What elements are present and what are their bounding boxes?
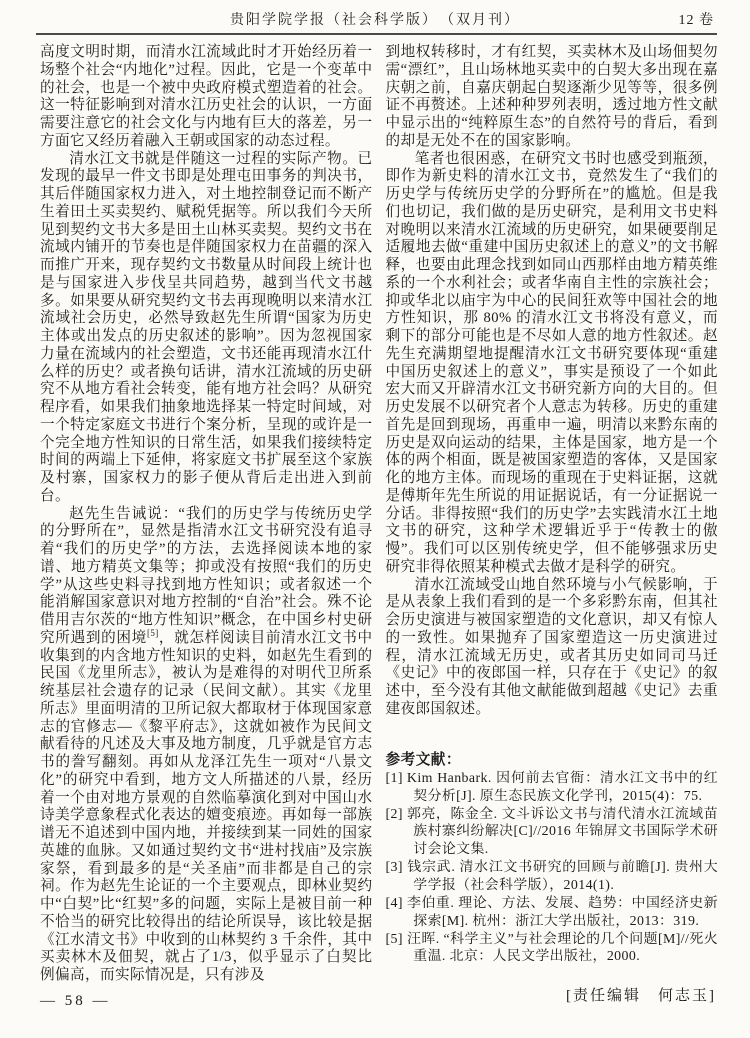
reference-item: [5]汪晖. “科学主义”与社会理论的几个问题[M]//死火重温. 北京：人民文…: [386, 931, 719, 966]
reference-item: [2]郭亮，陈金全. 文斗诉讼文书与清代清水江流域苗族村寨纠纷解决[C]//20…: [386, 806, 719, 858]
paragraph: 清水江流域受山地自然环境与小气候影响，于是从表象上我们看到的是一个多彩黔东南，但…: [386, 577, 719, 719]
paragraph-text: 赵先生告诫说：“我们的历史学与传统历史学的分野所在”，显然是指清水江文书研究没有…: [40, 506, 373, 646]
reference-label: [5]: [386, 932, 403, 947]
paragraph: 清水江文书就是伴随这一过程的实际产物。已发现的最早一件文书即是处理屯田事务的判决…: [40, 151, 373, 506]
reference-item: [1]Kim Hanbark. 因何前去官衙：清水江文书中的红契分析[J]. 原…: [386, 770, 719, 805]
paragraph: 笔者也很困惑，在研究文书时也感受到瓶颈，即作为新史料的清水江文书，竟然发生了“我…: [386, 151, 719, 577]
reference-text: 钱宗武. 清水江文书研究的回顾与前瞻[J]. 贵州大学学报（社会科学版），201…: [407, 860, 718, 892]
paragraph-continuation: 高度文明时期，而清水江流域此时才开始经历着一场整个社会“内地化”过程。因此，它是…: [40, 44, 373, 151]
reference-text: 李伯重. 理论、方法、发展、趋势：中国经济史新探索[M]. 杭州：浙江大学出版社…: [407, 896, 718, 928]
right-column: 到地权转移时，才有红契，买卖林木及山场佃契勿需“漂红”，且山场林地买卖中的白契大…: [386, 44, 719, 1005]
journal-title: 贵阳学院学报（社会科学版） （双月刊）: [230, 13, 520, 28]
editor-note: [责任编辑 何志玉]: [386, 988, 719, 1006]
reference-item: [4]李伯重. 理论、方法、发展、趋势：中国经济史新探索[M]. 杭州：浙江大学…: [386, 895, 719, 930]
body-columns: 高度文明时期，而清水江流域此时才开始经历着一场整个社会“内地化”过程。因此，它是…: [0, 35, 750, 1005]
reference-text: Kim Hanbark. 因何前去官衙：清水江文书中的红契分析[J]. 原生态民…: [407, 771, 718, 803]
reference-text: 汪晖. “科学主义”与社会理论的几个问题[M]//死火重温. 北京：人民文学出版…: [407, 932, 718, 964]
citation-ref-mark: [5]: [147, 628, 159, 638]
references-title: 参考文献：: [386, 752, 719, 770]
paragraph-continuation: 到地权转移时，才有红契，买卖林木及山场佃契勿需“漂红”，且山场林地买卖中的白契大…: [386, 44, 719, 151]
reference-label: [2]: [386, 807, 403, 822]
reference-item: [3]钱宗武. 清水江文书研究的回顾与前瞻[J]. 贵州大学学报（社会科学版），…: [386, 859, 719, 894]
volume-label: 12 卷: [679, 9, 715, 29]
page-header: 贵阳学院学报（社会科学版） （双月刊） 12 卷: [0, 0, 750, 30]
left-column: 高度文明时期，而清水江流域此时才开始经历着一场整个社会“内地化”过程。因此，它是…: [40, 44, 373, 1005]
paragraph-text: ，就怎样阅读目前清水江文书中收集到的内含地方性知识的史料，如赵先生看到的民国《龙…: [40, 630, 373, 983]
reference-label: [1]: [386, 771, 403, 786]
reference-label: [3]: [386, 860, 403, 875]
paragraph: 赵先生告诫说：“我们的历史学与传统历史学的分野所在”，显然是指清水江文书研究没有…: [40, 506, 373, 985]
reference-label: [4]: [386, 896, 403, 911]
journal-page: 贵阳学院学报（社会科学版） （双月刊） 12 卷 高度文明时期，而清水江流域此时…: [0, 0, 750, 1038]
reference-text: 郭亮，陈金全. 文斗诉讼文书与清代清水江流域苗族村寨纠纷解决[C]//2016 …: [407, 807, 718, 857]
page-number: — 58 —: [40, 993, 111, 1010]
references-section: 参考文献： [1]Kim Hanbark. 因何前去官衙：清水江文书中的红契分析…: [386, 752, 719, 966]
